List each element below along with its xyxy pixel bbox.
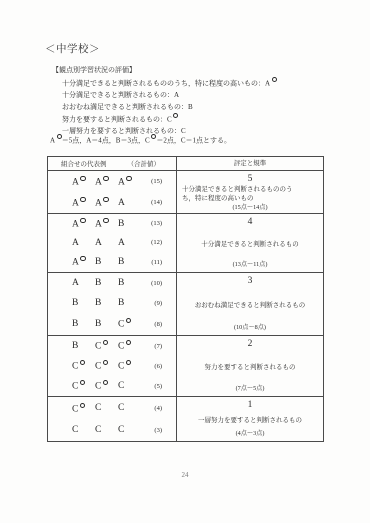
rating-point-range: (10点～8点) (179, 322, 321, 331)
grade-letter: A (72, 256, 95, 268)
grade-letter: B (95, 298, 118, 308)
document-page: ＜中学校＞ 【観点別学習状況の評価】 十分満足できると判断されるもののうち，特に… (0, 0, 370, 523)
combination-row: AAB(13) (48, 218, 176, 230)
combination-total: (6) (154, 363, 162, 370)
grade-letter: A (118, 238, 141, 248)
rating-point-range: (7点～5点) (179, 383, 321, 392)
superscript-circle-icon (80, 360, 85, 365)
rating-cell: 1一層努力を要すると判断されるもの(4点～3点) (177, 397, 324, 442)
rating-number: 4 (179, 217, 321, 227)
rating-point-range: (15点～14点) (179, 202, 321, 211)
grade-letter: A (72, 176, 95, 188)
grade-letter: B (72, 341, 95, 351)
grade-letter: B (72, 298, 95, 308)
superscript-circle-icon (103, 197, 108, 202)
combination-row: ABB(11) (48, 256, 176, 268)
combination-total: (14) (151, 199, 162, 206)
superscript-circle-icon (80, 197, 85, 202)
combination-row: AAA(15) (48, 176, 176, 188)
rating-cell: 4十分満足できると判断されるもの(13点～11点) (177, 214, 324, 273)
grade-letter: A (95, 238, 118, 248)
superscript-circle-icon (173, 113, 178, 118)
superscript-circle-icon (126, 318, 131, 323)
superscript-circle-icon (80, 403, 85, 408)
combination-total: (3) (154, 427, 162, 434)
combination-total: (5) (154, 383, 162, 390)
combination-row: CCC(5) (48, 380, 176, 392)
grade-letter: A (118, 198, 141, 208)
combination-row: AAA(14) (48, 197, 176, 209)
rating-number: 2 (179, 339, 321, 349)
grade-letter: B (118, 219, 141, 229)
legend-line: おおむね満足できると判断されるもの：B (62, 102, 277, 113)
rating-number: 5 (179, 174, 321, 184)
rating-description: 一層努力を要すると判断されるもの (179, 415, 321, 424)
grade-letter: A (95, 176, 118, 188)
superscript-circle-icon (80, 176, 85, 181)
rating-group-row: AAB(13)AAA(12)ABB(11)4十分満足できると判断されるもの(13… (48, 214, 324, 273)
rating-point-range: (13点～11点) (179, 259, 321, 268)
combination-row: AAA(12) (48, 238, 176, 248)
grade-letter: C (118, 360, 141, 372)
rating-description: 努力を要すると判断されるもの (179, 362, 321, 371)
combination-total: (10) (151, 280, 162, 287)
combination-total: (13) (151, 220, 162, 227)
grade-letter: A (72, 218, 95, 230)
grade-letter: B (95, 278, 118, 288)
superscript-circle-icon (80, 218, 85, 223)
table-header-row: 組合せの代表例 （合計値） 評定と規準 (48, 157, 324, 171)
superscript-circle-icon (80, 380, 85, 385)
rating-group-row: CCC(4)CCC(3)1一層努力を要すると判断されるもの(4点～3点) (48, 397, 324, 442)
grade-letter: B (118, 278, 141, 288)
superscript-circle-icon (272, 77, 277, 82)
combination-row: CCC(6) (48, 360, 176, 372)
grade-letter: A (95, 218, 118, 230)
combinations-header-label: 組合せの代表例 (61, 159, 107, 168)
page-number: 24 (0, 471, 370, 479)
grade-letter: C (118, 381, 141, 391)
combination-row: BBC(8) (48, 318, 176, 330)
grade-letter: C (95, 425, 118, 435)
grade-letter: B (118, 257, 141, 267)
grade-letter: C (72, 360, 95, 372)
superscript-circle-icon (80, 256, 85, 261)
combination-total: (8) (154, 321, 162, 328)
combinations-cell: AAA(15)AAA(14) (48, 171, 177, 214)
rating-table: 組合せの代表例 （合計値） 評定と規準 AAA(15)AAA(14)5十分満足で… (47, 156, 324, 442)
grade-letter: C (118, 425, 141, 435)
rating-description: 十分満足できると判断されるもののうち，特に程度の高いもの (179, 184, 304, 202)
grade-letter: C (118, 340, 141, 352)
grade-letter: C (95, 380, 118, 392)
total-header-label: （合計値） (128, 159, 161, 168)
page-title: ＜中学校＞ (45, 41, 100, 56)
combinations-header-cell: 組合せの代表例 （合計値） (48, 157, 177, 171)
combinations-cell: CCC(4)CCC(3) (48, 397, 177, 442)
superscript-circle-icon (103, 218, 108, 223)
grade-letter: B (118, 298, 141, 308)
rating-cell: 3おおむね満足できると判断されるもの(10点～8点) (177, 273, 324, 336)
combination-total: (12) (151, 239, 162, 246)
grade-letter: A (72, 197, 95, 209)
rating-description: 十分満足できると判断されるもの (179, 239, 321, 248)
legend-line: 十分満足できると判断されるもの：A (62, 90, 277, 101)
legend-line: 努力を要すると判断されるもの：C (62, 113, 277, 126)
grade-letter: C (118, 403, 141, 413)
grade-letter: C (72, 380, 95, 392)
superscript-circle-icon (126, 360, 131, 365)
combination-total: (9) (154, 300, 162, 307)
superscript-circle-icon (126, 176, 131, 181)
rating-number: 1 (179, 400, 321, 410)
grade-letter: B (95, 257, 118, 267)
combination-row: CCC(4) (48, 403, 176, 415)
combination-row: ABB(10) (48, 278, 176, 288)
rating-header-cell: 評定と規準 (177, 157, 324, 171)
legend-line: 十分満足できると判断されるもののうち，特に程度の高いもの：A (62, 77, 277, 90)
rating-group-row: ABB(10)BBB(9)BBC(8)3おおむね満足できると判断されるもの(10… (48, 273, 324, 336)
combination-total: (11) (151, 259, 162, 266)
grade-letter: C (95, 360, 118, 372)
rating-group-row: AAA(15)AAA(14)5十分満足できると判断されるもののうち，特に程度の高… (48, 171, 324, 214)
grade-letter: A (72, 238, 95, 248)
combination-total: (15) (151, 178, 162, 185)
rating-cell: 2努力を要すると判断されるもの(7点～5点) (177, 336, 324, 397)
superscript-circle-icon (103, 340, 108, 345)
grade-letter: A (72, 278, 95, 288)
points-note: A＝5点，A＝4点，B＝3点，C＝2点，C＝1点とする。 (50, 134, 231, 146)
rating-description: おおむね満足できると判断されるもの (179, 300, 321, 309)
combination-row: CCC(3) (48, 425, 176, 435)
combination-total: (4) (154, 405, 162, 412)
rating-cell: 5十分満足できると判断されるもののうち，特に程度の高いもの(15点～14点) (177, 171, 324, 214)
grade-letter: C (95, 403, 118, 413)
legend-lines: 十分満足できると判断されるもののうち，特に程度の高いもの：A十分満足できると判断… (62, 77, 277, 137)
grade-letter: C (72, 425, 95, 435)
combination-row: BBB(9) (48, 298, 176, 308)
grade-letter: B (95, 319, 118, 329)
superscript-circle-icon (151, 134, 156, 139)
combination-row: BCC(7) (48, 340, 176, 352)
superscript-circle-icon (103, 380, 108, 385)
grade-letter: B (72, 319, 95, 329)
superscript-circle-icon (57, 134, 62, 139)
grade-letter: C (118, 318, 141, 330)
combinations-cell: ABB(10)BBB(9)BBC(8) (48, 273, 177, 336)
combination-total: (7) (154, 343, 162, 350)
grade-letter: A (118, 176, 141, 188)
grade-letter: C (72, 403, 95, 415)
rating-number: 3 (179, 276, 321, 286)
combinations-cell: BCC(7)CCC(6)CCC(5) (48, 336, 177, 397)
grade-letter: A (95, 197, 118, 209)
superscript-circle-icon (126, 340, 131, 345)
legend-heading: 【観点別学習状況の評価】 (52, 65, 136, 75)
combinations-cell: AAB(13)AAA(12)ABB(11) (48, 214, 177, 273)
superscript-circle-icon (103, 176, 108, 181)
rating-point-range: (4点～3点) (179, 428, 321, 437)
rating-group-row: BCC(7)CCC(6)CCC(5)2努力を要すると判断されるもの(7点～5点) (48, 336, 324, 397)
grade-letter: C (95, 340, 118, 352)
rating-table-body: AAA(15)AAA(14)5十分満足できると判断されるもののうち，特に程度の高… (48, 171, 324, 442)
rating-header-label: 評定と規準 (177, 157, 323, 170)
superscript-circle-icon (103, 360, 108, 365)
